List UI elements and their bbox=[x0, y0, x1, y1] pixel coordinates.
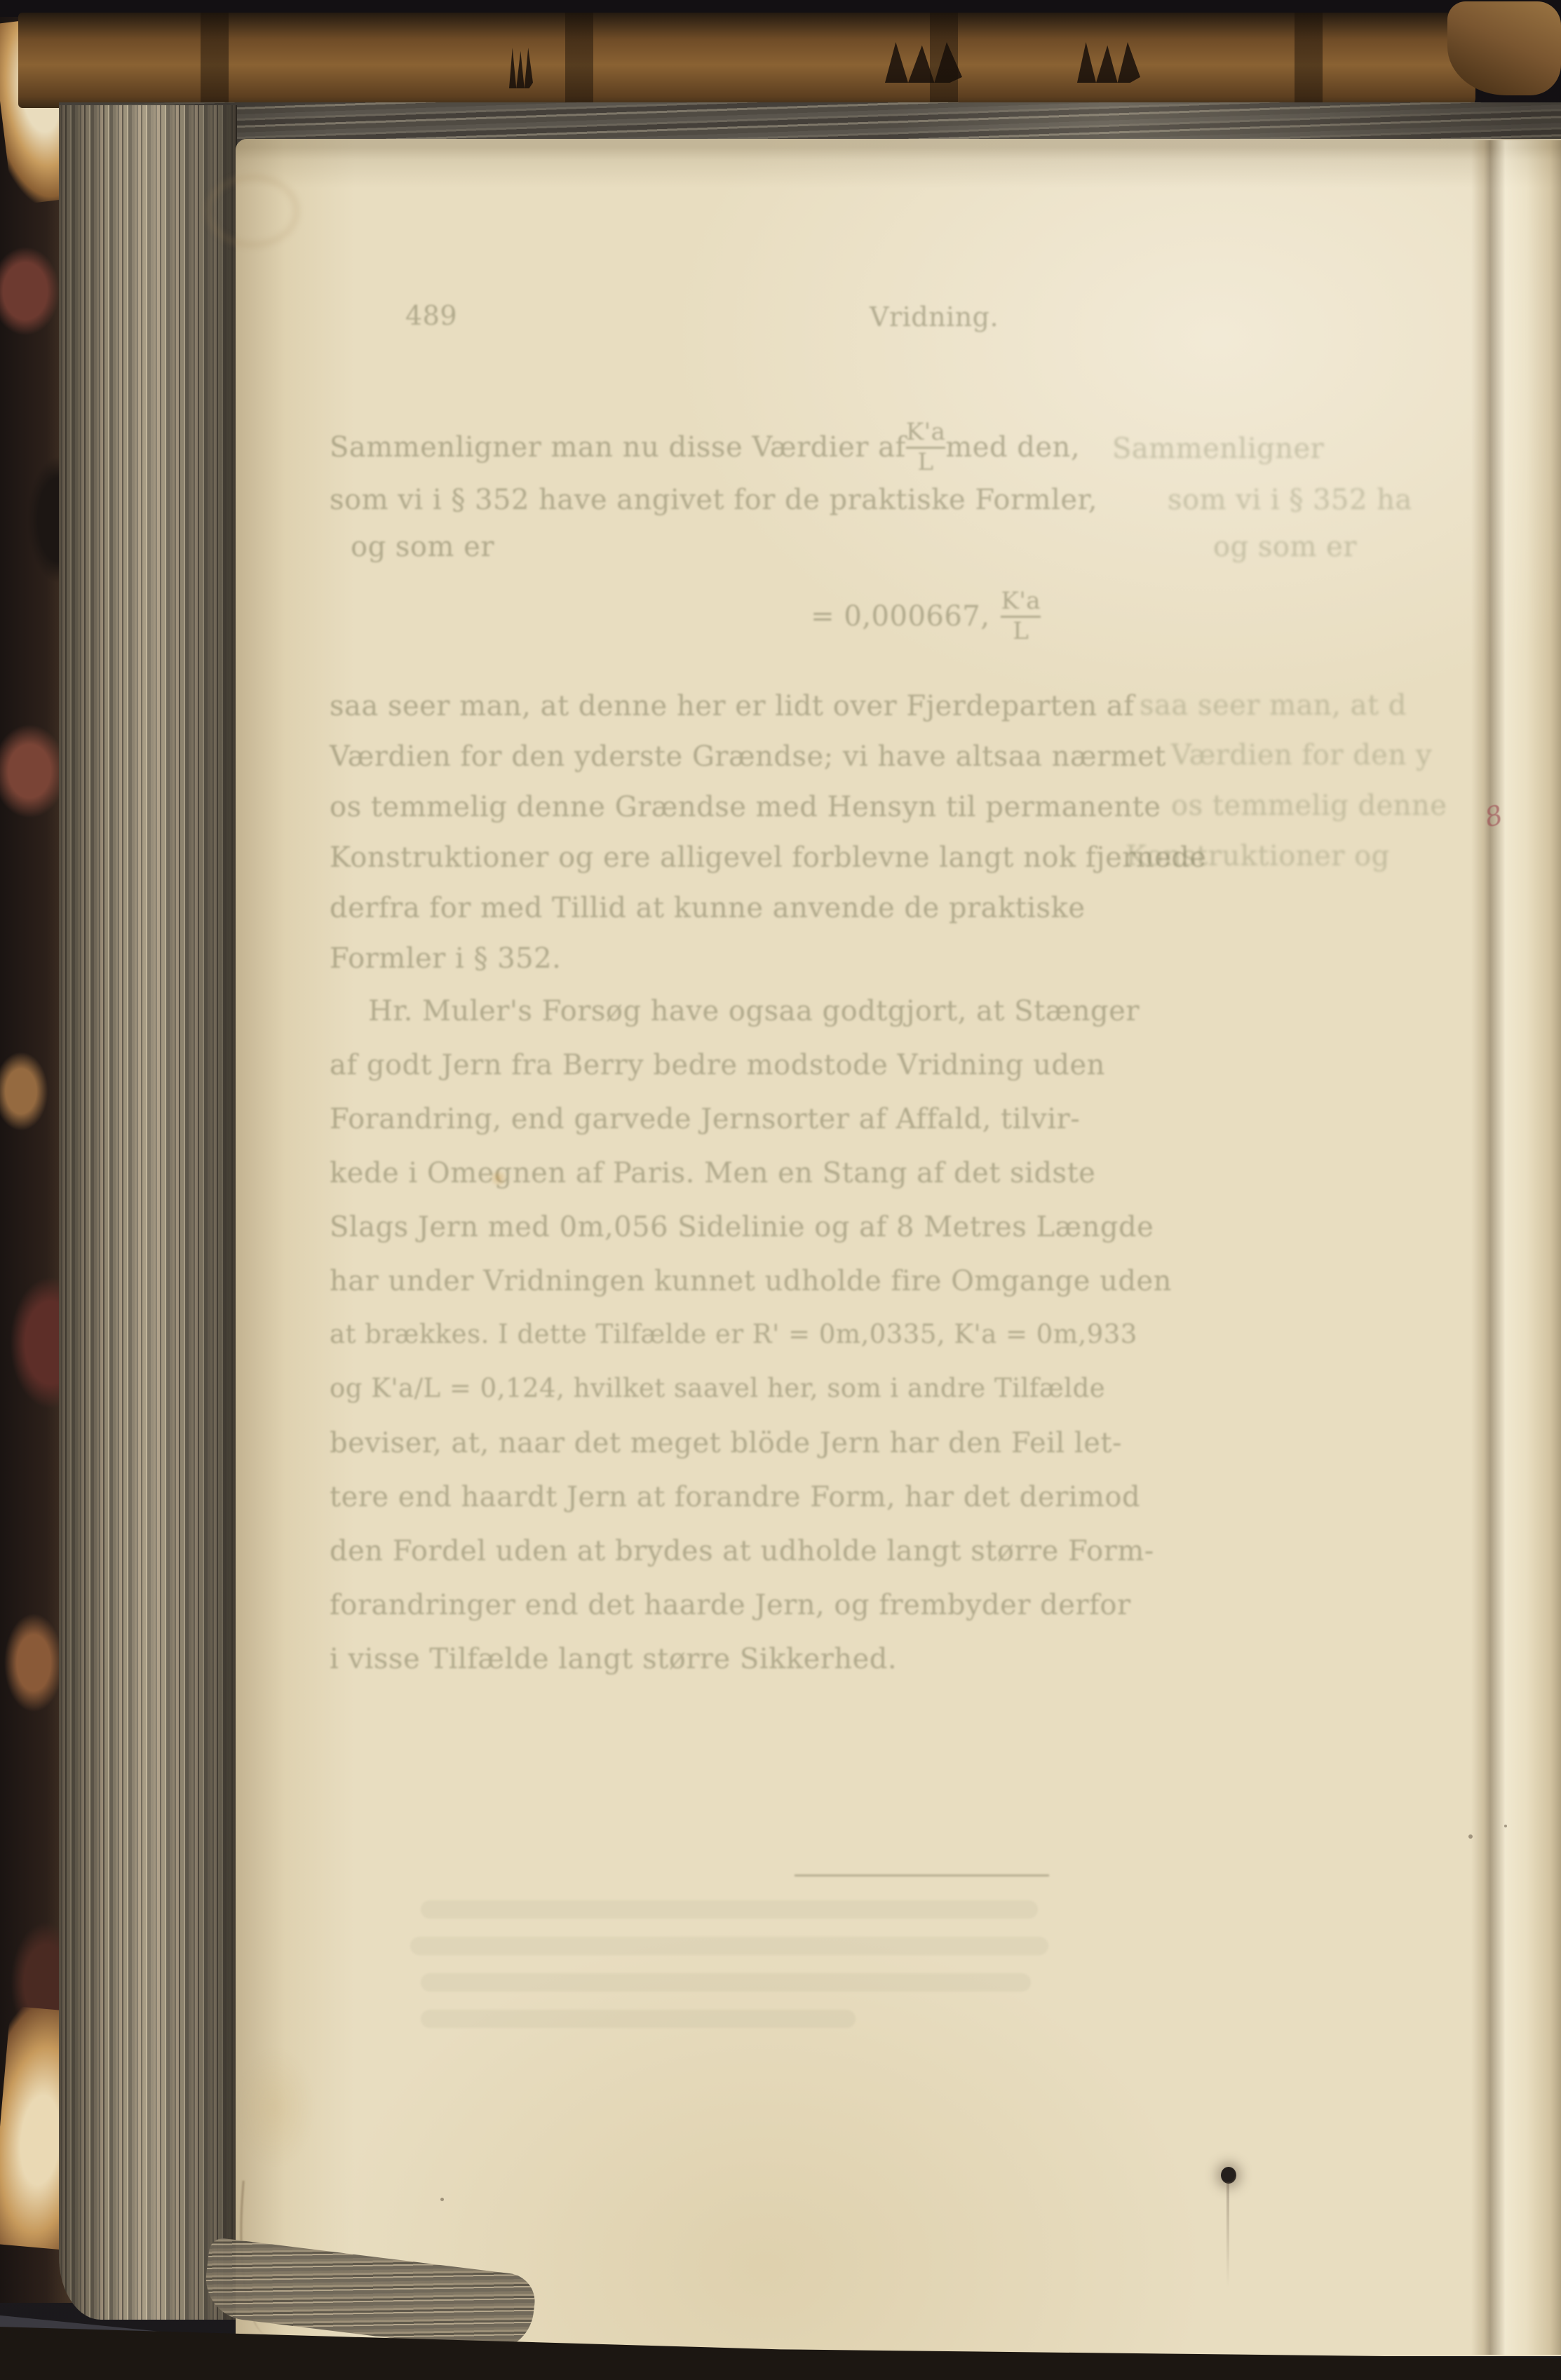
cover-scuff-mark bbox=[509, 48, 533, 88]
ghost-line: og som er bbox=[351, 531, 1038, 570]
ink-blot bbox=[1221, 2167, 1236, 2184]
cover-scuff-mark bbox=[1077, 42, 1140, 83]
fraction-denominator: L bbox=[1013, 619, 1029, 644]
fraction-denominator: L bbox=[918, 450, 934, 475]
cover-scuff-mark bbox=[885, 42, 962, 83]
ghost-fragment: os temmelig denne bbox=[1171, 790, 1447, 822]
paper-speck bbox=[1504, 1825, 1507, 1827]
ghost-line: af godt Jern fra Berry bedre modstode Vr… bbox=[330, 1049, 1017, 1088]
ghost-fragment: saa seer man, at d bbox=[1140, 689, 1407, 722]
fraction-numerator: K'a bbox=[906, 420, 946, 445]
ghost-line: Slags Jern med 0m,056 Sidelinie og af 8 … bbox=[330, 1211, 1017, 1250]
footnote-smudge bbox=[421, 1973, 1031, 1992]
ghost-line: Forandring, end garvede Jernsorter af Af… bbox=[330, 1103, 1017, 1142]
ghost-fragment: Sammenligner bbox=[1112, 433, 1324, 465]
ghost-line: Værdien for den yderste Grændse; vi have… bbox=[330, 741, 1017, 780]
foxing-spot bbox=[489, 1170, 508, 1186]
formula-fraction: K'a L bbox=[1001, 589, 1041, 644]
ghost-line: beviser, at, naar det meget blöde Jern h… bbox=[330, 1427, 1017, 1466]
water-stain-ring bbox=[205, 174, 300, 248]
top-right-cover-corner bbox=[1447, 1, 1561, 95]
ghost-formula: = 0,000667, K'a L bbox=[811, 589, 1041, 644]
top-cover-strip bbox=[18, 13, 1475, 108]
book-scan: 489 Vridning. Sammenligner man nu disse … bbox=[0, 0, 1561, 2380]
ghost-line-text: Sammenligner man nu disse Værdier af bbox=[330, 431, 906, 464]
paper-speck bbox=[440, 2198, 444, 2201]
ghost-line: som vi i § 352 have angivet for de prakt… bbox=[330, 484, 1017, 523]
ghost-fragment: Konstruktioner og bbox=[1126, 840, 1390, 872]
footnote-smudge bbox=[410, 1937, 1048, 1955]
fore-edge-page-stack bbox=[59, 105, 237, 2320]
footnote-smudge bbox=[421, 1900, 1038, 1919]
ghost-line: den Fordel uden at brydes at udholde lan… bbox=[330, 1535, 1017, 1574]
soft-stain bbox=[237, 2048, 314, 2167]
ghost-text-block: 489 Vridning. Sammenligner man nu disse … bbox=[330, 288, 1017, 1900]
ghost-line: Sammenligner man nu disse Værdier af K'a… bbox=[330, 428, 1017, 467]
ghost-fragment: Værdien for den y bbox=[1171, 739, 1432, 771]
ghost-inline-fraction: K'a L bbox=[906, 420, 946, 475]
formula-rhs: = 0,000667, bbox=[811, 600, 989, 633]
ghost-line: os temmelig denne Grændse med Hensyn til… bbox=[330, 791, 1017, 830]
ghost-fragment: som vi i § 352 ha bbox=[1168, 484, 1412, 516]
ghost-line: Formler i § 352. bbox=[330, 942, 1017, 982]
ghost-folio: 489 bbox=[405, 300, 457, 331]
ghost-line: derfra for med Tillid at kunne anvende d… bbox=[330, 892, 1017, 931]
ghost-line: har under Vridningen kunnet udholde fire… bbox=[330, 1265, 1017, 1304]
ghost-line: og K'a/L = 0,124, hvilket saavel her, so… bbox=[330, 1373, 1017, 1412]
ghost-line: Konstruktioner og ere alligevel forblevn… bbox=[330, 841, 1017, 881]
ghost-fragment: og som er bbox=[1213, 531, 1357, 563]
ghost-line: tere end haardt Jern at forandre Form, h… bbox=[330, 1481, 1017, 1520]
ghost-line: at brækkes. I dette Tilfælde er R' = 0m,… bbox=[330, 1319, 1017, 1358]
ghost-line-text: med den, bbox=[945, 431, 1080, 464]
paper-speck bbox=[1468, 1834, 1473, 1839]
footnote-rule-ghost bbox=[795, 1874, 1049, 1877]
ghost-line: Hr. Muler's Forsøg have ogsaa godtgjort,… bbox=[330, 995, 1017, 1034]
ghost-offset-fragments: Sammenligner som vi i § 352 ha og som er… bbox=[1108, 414, 1495, 905]
ghost-line: saa seer man, at denne her er lidt over … bbox=[330, 690, 1017, 729]
ghost-running-head: Vridning. bbox=[870, 302, 999, 332]
footnote-smudge bbox=[421, 2010, 856, 2028]
ghost-line: i visse Tilfælde langt større Sikkerhed. bbox=[330, 1643, 1017, 1682]
fraction-numerator: K'a bbox=[1001, 589, 1041, 614]
ghost-line: forandringer end det haarde Jern, og fre… bbox=[330, 1589, 1017, 1628]
ghost-line: kede i Omegnen af Paris. Men en Stang af… bbox=[330, 1157, 1017, 1196]
